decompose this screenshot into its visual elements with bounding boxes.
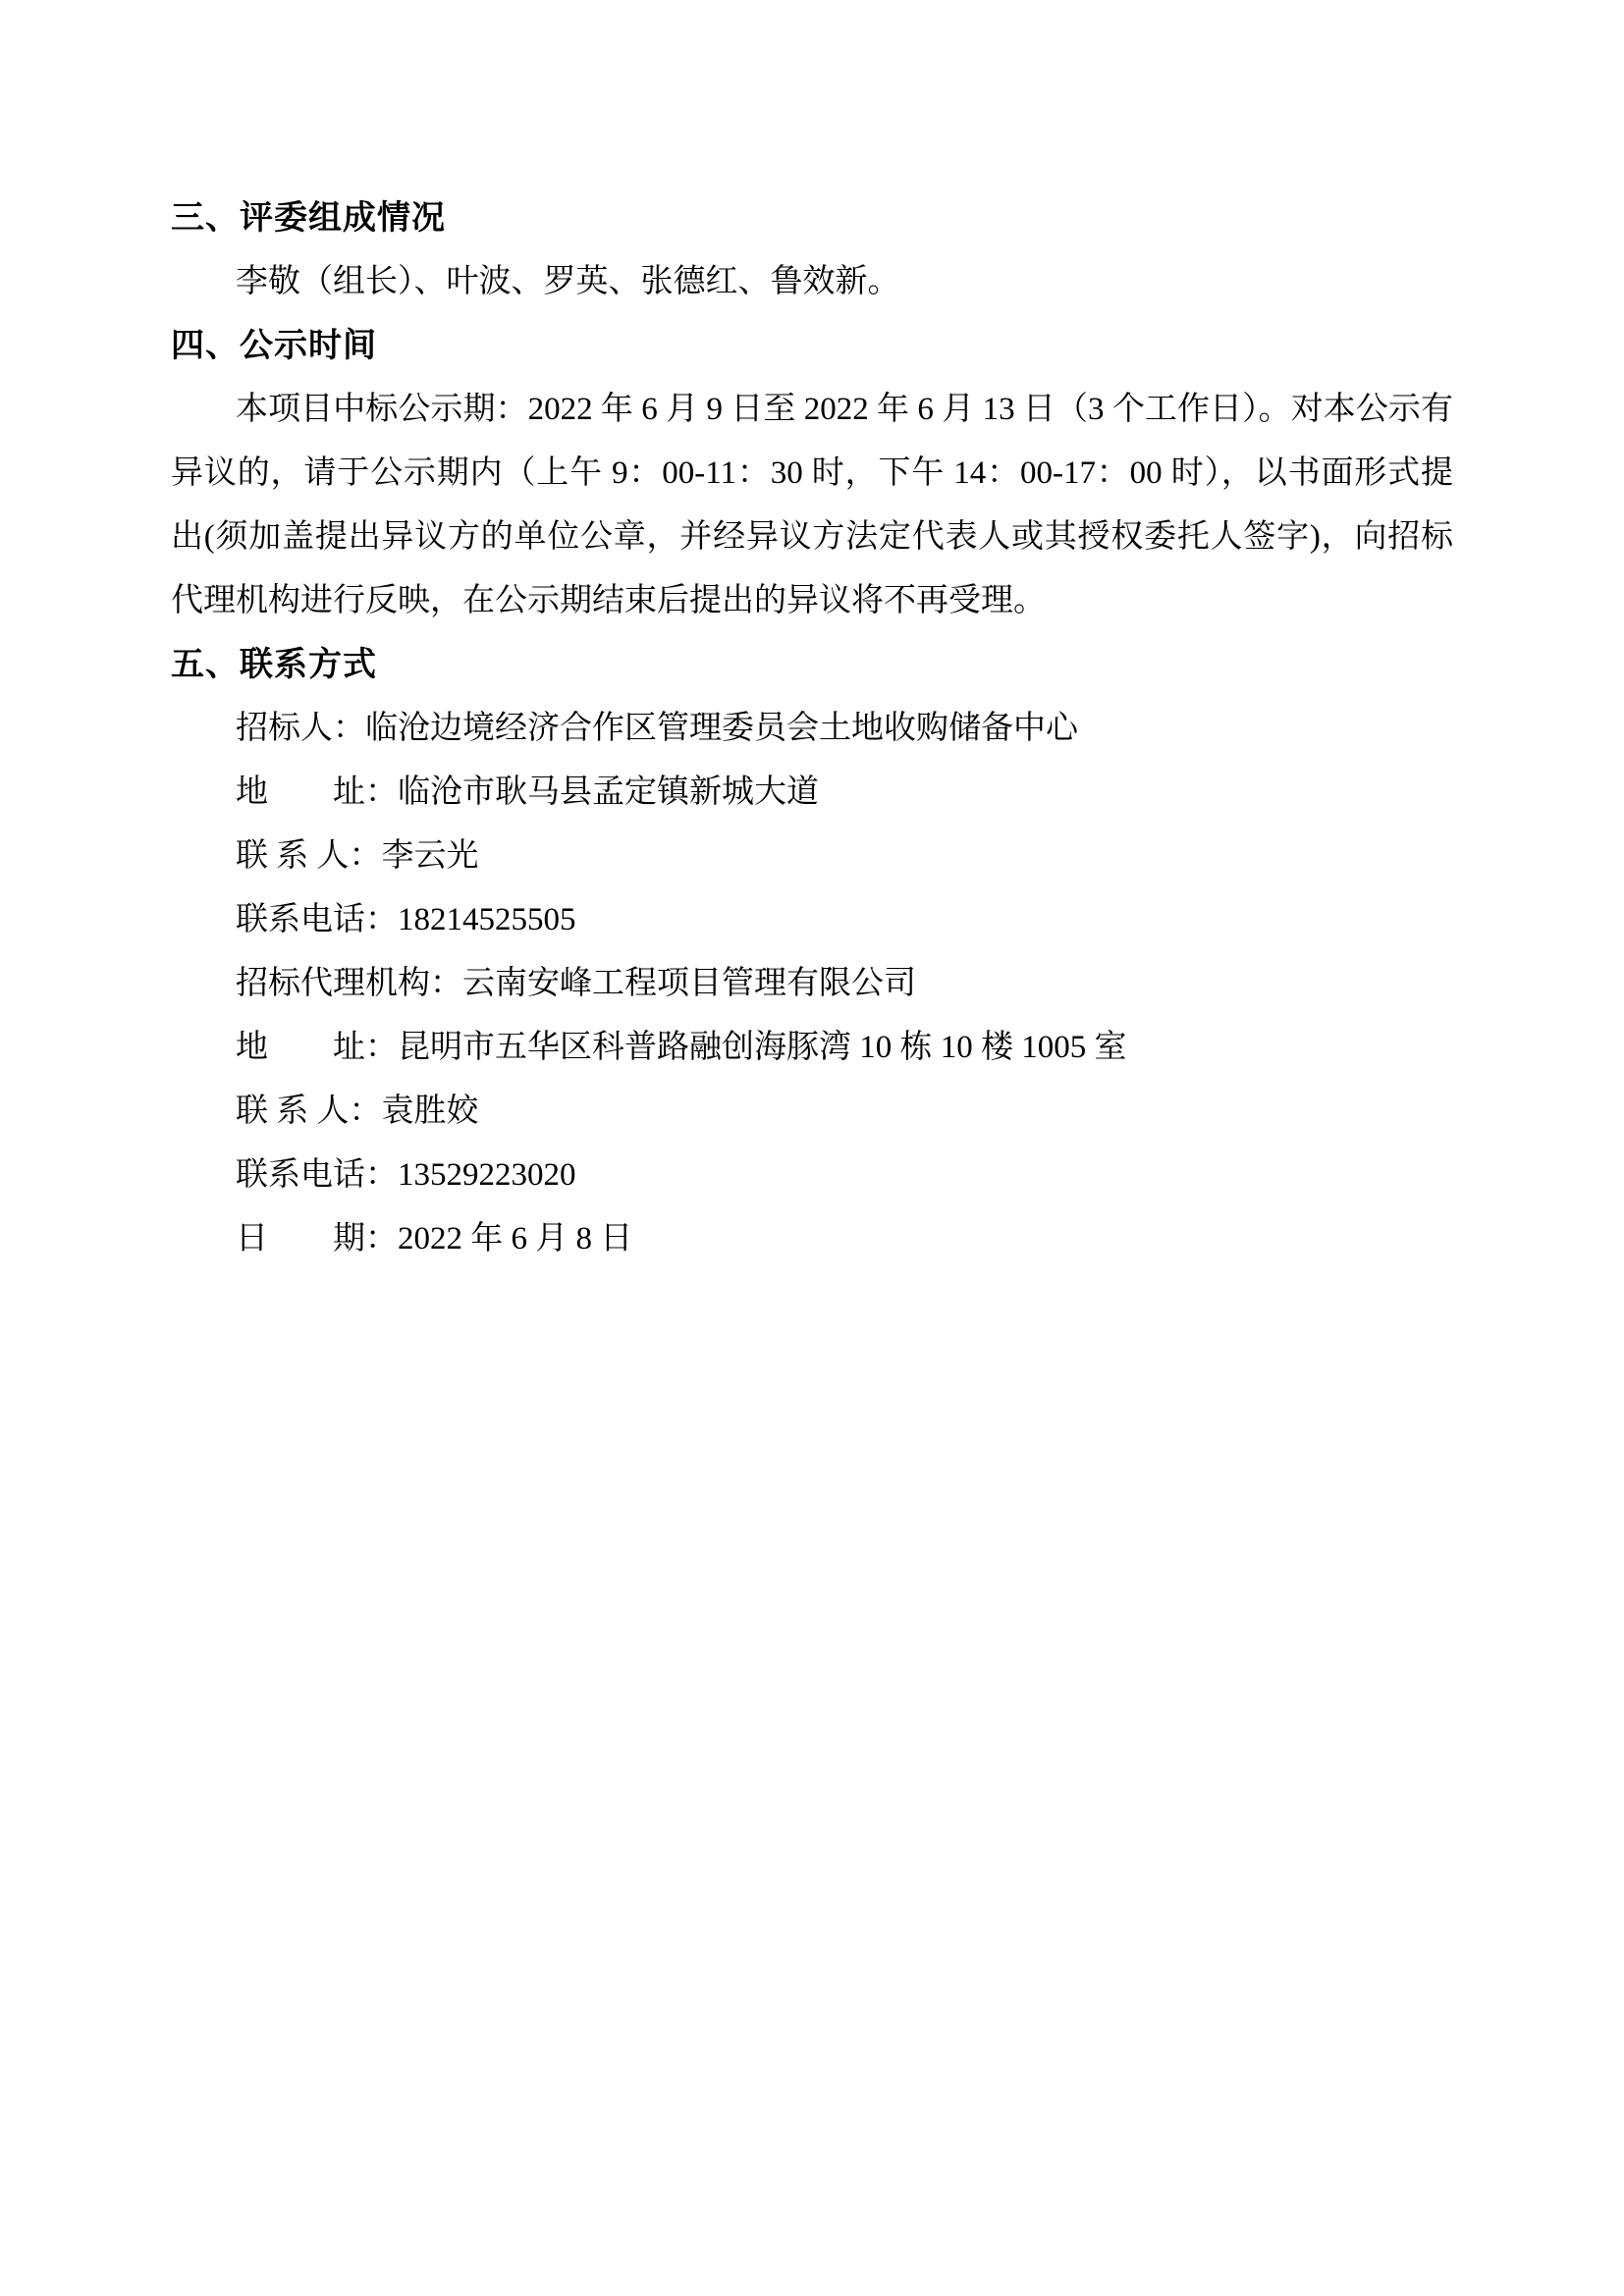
contact-line-tenderer-contact-person: 联 系 人：李云光	[236, 825, 1453, 888]
contact-line-agency-contact-person: 联 系 人：袁胜姣	[236, 1080, 1453, 1144]
contact-line-tenderer-address: 地 址：临沧市耿马县孟定镇新城大道	[236, 761, 1453, 825]
section-heading-contact-info: 五、联系方式	[171, 633, 1453, 697]
contact-line-agency-address: 地 址：昆明市五华区科普路融创海豚湾 10 栋 10 楼 1005 室	[236, 1016, 1453, 1080]
contact-line-agency: 招标代理机构：云南安峰工程项目管理有限公司	[236, 952, 1453, 1016]
section-heading-jury-composition: 三、评委组成情况	[171, 187, 1453, 250]
document-page: 三、评委组成情况 李敬（组长）、叶波、罗英、张德红、鲁效新。 四、公示时间 本项…	[0, 0, 1624, 2296]
contact-line-tenderer-phone: 联系电话：18214525505	[236, 888, 1453, 952]
section-heading-publicity-period: 四、公示时间	[171, 314, 1453, 378]
publicity-period-paragraph: 本项目中标公示期：2022 年 6 月 9 日至 2022 年 6 月 13 日…	[171, 378, 1453, 633]
contact-line-date: 日 期：2022 年 6 月 8 日	[236, 1207, 1453, 1271]
contact-line-tenderer: 招标人：临沧边境经济合作区管理委员会土地收购储备中心	[236, 697, 1453, 761]
jury-members-paragraph: 李敬（组长）、叶波、罗英、张德红、鲁效新。	[171, 250, 1453, 314]
contact-line-agency-phone: 联系电话：13529223020	[236, 1144, 1453, 1207]
document-content: 三、评委组成情况 李敬（组长）、叶波、罗英、张德红、鲁效新。 四、公示时间 本项…	[171, 187, 1453, 1271]
